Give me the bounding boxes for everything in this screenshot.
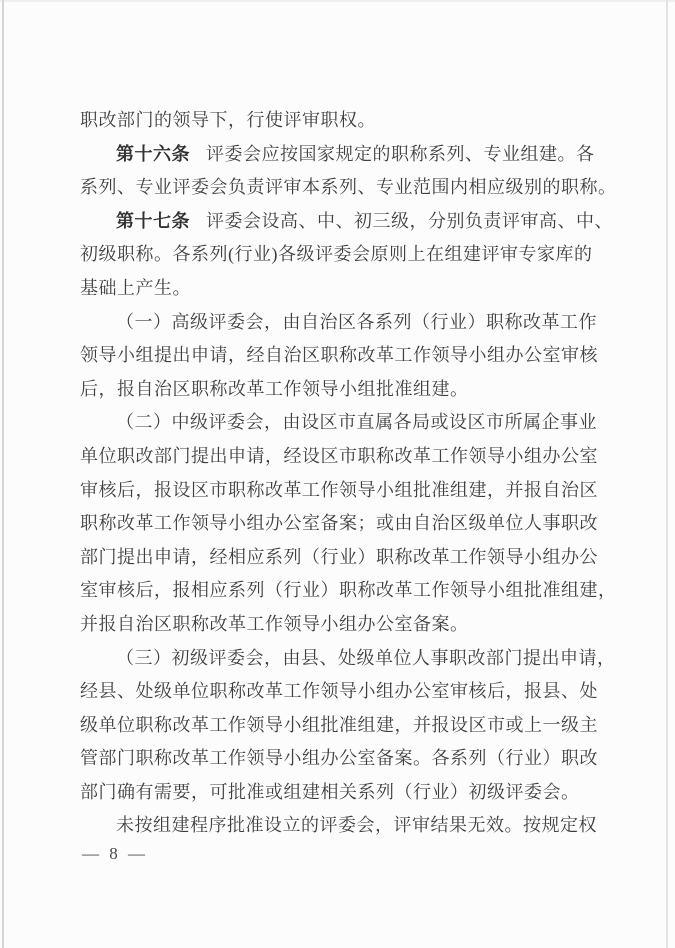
line-text: （一）高级评委会，由自治区各系列（行业）职称改革工作 bbox=[116, 312, 597, 332]
line-text: 室审核后，报相应系列（行业）职称改革工作领导小组批准组建， bbox=[80, 580, 617, 600]
line-text: 系列、专业评委会负责评审本系列、专业范围内相应级别的职称。 bbox=[80, 177, 617, 197]
line-text: 初级职称。各系列(行业)各级评委会原则上在组建评审专家库的 bbox=[80, 244, 593, 264]
text-line: 室审核后，报相应系列（行业）职称改革工作领导小组批准组建， bbox=[80, 574, 592, 608]
line-text: 职称改革工作领导小组办公室备案；或由自治区级单位人事职改 bbox=[80, 513, 598, 533]
line-text: 单位职改部门提出申请，经设区市职称改革工作领导小组办公室 bbox=[80, 446, 598, 466]
text-line: 部门提出申请，经相应系列（行业）职称改革工作领导小组办公 bbox=[80, 541, 592, 575]
article-number: 第十六条 bbox=[116, 144, 190, 164]
scan-edge-left bbox=[2, 0, 4, 948]
line-text: 并报自治区职称改革工作领导小组办公室备案。 bbox=[80, 614, 469, 634]
text-line: 系列、专业评委会负责评审本系列、专业范围内相应级别的职称。 bbox=[80, 171, 592, 205]
document-text: 职改部门的领导下，行使评审职权。 第十六条评委会应按国家规定的职称系列、专业组建… bbox=[80, 104, 592, 843]
line-text: 经县、处级单位职称改革工作领导小组办公室审核后，报县、处 bbox=[80, 681, 598, 701]
text-line: （一）高级评委会，由自治区各系列（行业）职称改革工作 bbox=[80, 306, 592, 340]
line-text: 后，报自治区职称改革工作领导小组批准组建。 bbox=[80, 379, 469, 399]
line-text: 领导小组提出申请，经自治区职称改革工作领导小组办公室审核 bbox=[80, 345, 598, 365]
text-line: 经县、处级单位职称改革工作领导小组办公室审核后，报县、处 bbox=[80, 675, 592, 709]
text-line: 审核后，报设区市职称改革工作领导小组批准组建，并报自治区 bbox=[80, 474, 592, 508]
text-line: 职改部门的领导下，行使评审职权。 bbox=[80, 104, 592, 138]
text-line: 管部门职称改革工作领导小组办公室备案。各系列（行业）职改 bbox=[80, 742, 592, 776]
text-line: 并报自治区职称改革工作领导小组办公室备案。 bbox=[80, 608, 592, 642]
text-line: 后，报自治区职称改革工作领导小组批准组建。 bbox=[80, 373, 592, 407]
text-line: 领导小组提出申请，经自治区职称改革工作领导小组办公室审核 bbox=[80, 339, 592, 373]
line-text: 评委会设高、中、初三级，分别负责评审高、中、 bbox=[206, 211, 613, 231]
text-line: 基础上产生。 bbox=[80, 272, 592, 306]
line-text: 部门提出申请，经相应系列（行业）职称改革工作领导小组办公 bbox=[80, 547, 598, 567]
text-line: （三）初级评委会，由县、处级单位人事职改部门提出申请， bbox=[80, 642, 592, 676]
line-text: 职改部门的领导下，行使评审职权。 bbox=[80, 110, 376, 130]
line-text: 级单位职称改革工作领导小组批准组建，并报设区市或上一级主 bbox=[80, 715, 598, 735]
text-line: 职称改革工作领导小组办公室备案；或由自治区级单位人事职改 bbox=[80, 507, 592, 541]
page-number: — 8 — bbox=[82, 844, 148, 864]
article-number: 第十七条 bbox=[116, 211, 190, 231]
scan-edge-top bbox=[0, 0, 675, 2]
line-text: 未按组建程序批准设立的评委会，评审结果无效。按规定权 bbox=[116, 815, 597, 835]
text-line: 单位职改部门提出申请，经设区市职称改革工作领导小组办公室 bbox=[80, 440, 592, 474]
text-line: 级单位职称改革工作领导小组批准组建，并报设区市或上一级主 bbox=[80, 709, 592, 743]
line-text: 基础上产生。 bbox=[80, 278, 191, 298]
text-line: 未按组建程序批准设立的评委会，评审结果无效。按规定权 bbox=[80, 809, 592, 843]
text-line: 第十六条评委会应按国家规定的职称系列、专业组建。各 bbox=[80, 138, 592, 172]
line-text: 评委会应按国家规定的职称系列、专业组建。各 bbox=[206, 144, 595, 164]
line-text: 部门确有需要，可批准或组建相关系列（行业）初级评委会。 bbox=[80, 782, 580, 802]
text-line: （二）中级评委会，由设区市直属各局或设区市所属企事业 bbox=[80, 406, 592, 440]
scan-edge-right bbox=[666, 0, 668, 948]
line-text: 管部门职称改革工作领导小组办公室备案。各系列（行业）职改 bbox=[80, 748, 598, 768]
line-text: 审核后，报设区市职称改革工作领导小组批准组建，并报自治区 bbox=[80, 480, 598, 500]
text-line: 第十七条评委会设高、中、初三级，分别负责评审高、中、 bbox=[80, 205, 592, 239]
line-text: （三）初级评委会，由县、处级单位人事职改部门提出申请， bbox=[116, 648, 616, 668]
document-page: 职改部门的领导下，行使评审职权。 第十六条评委会应按国家规定的职称系列、专业组建… bbox=[0, 0, 675, 948]
line-text: （二）中级评委会，由设区市直属各局或设区市所属企事业 bbox=[116, 412, 597, 432]
text-line: 部门确有需要，可批准或组建相关系列（行业）初级评委会。 bbox=[80, 776, 592, 810]
text-line: 初级职称。各系列(行业)各级评委会原则上在组建评审专家库的 bbox=[80, 238, 592, 272]
